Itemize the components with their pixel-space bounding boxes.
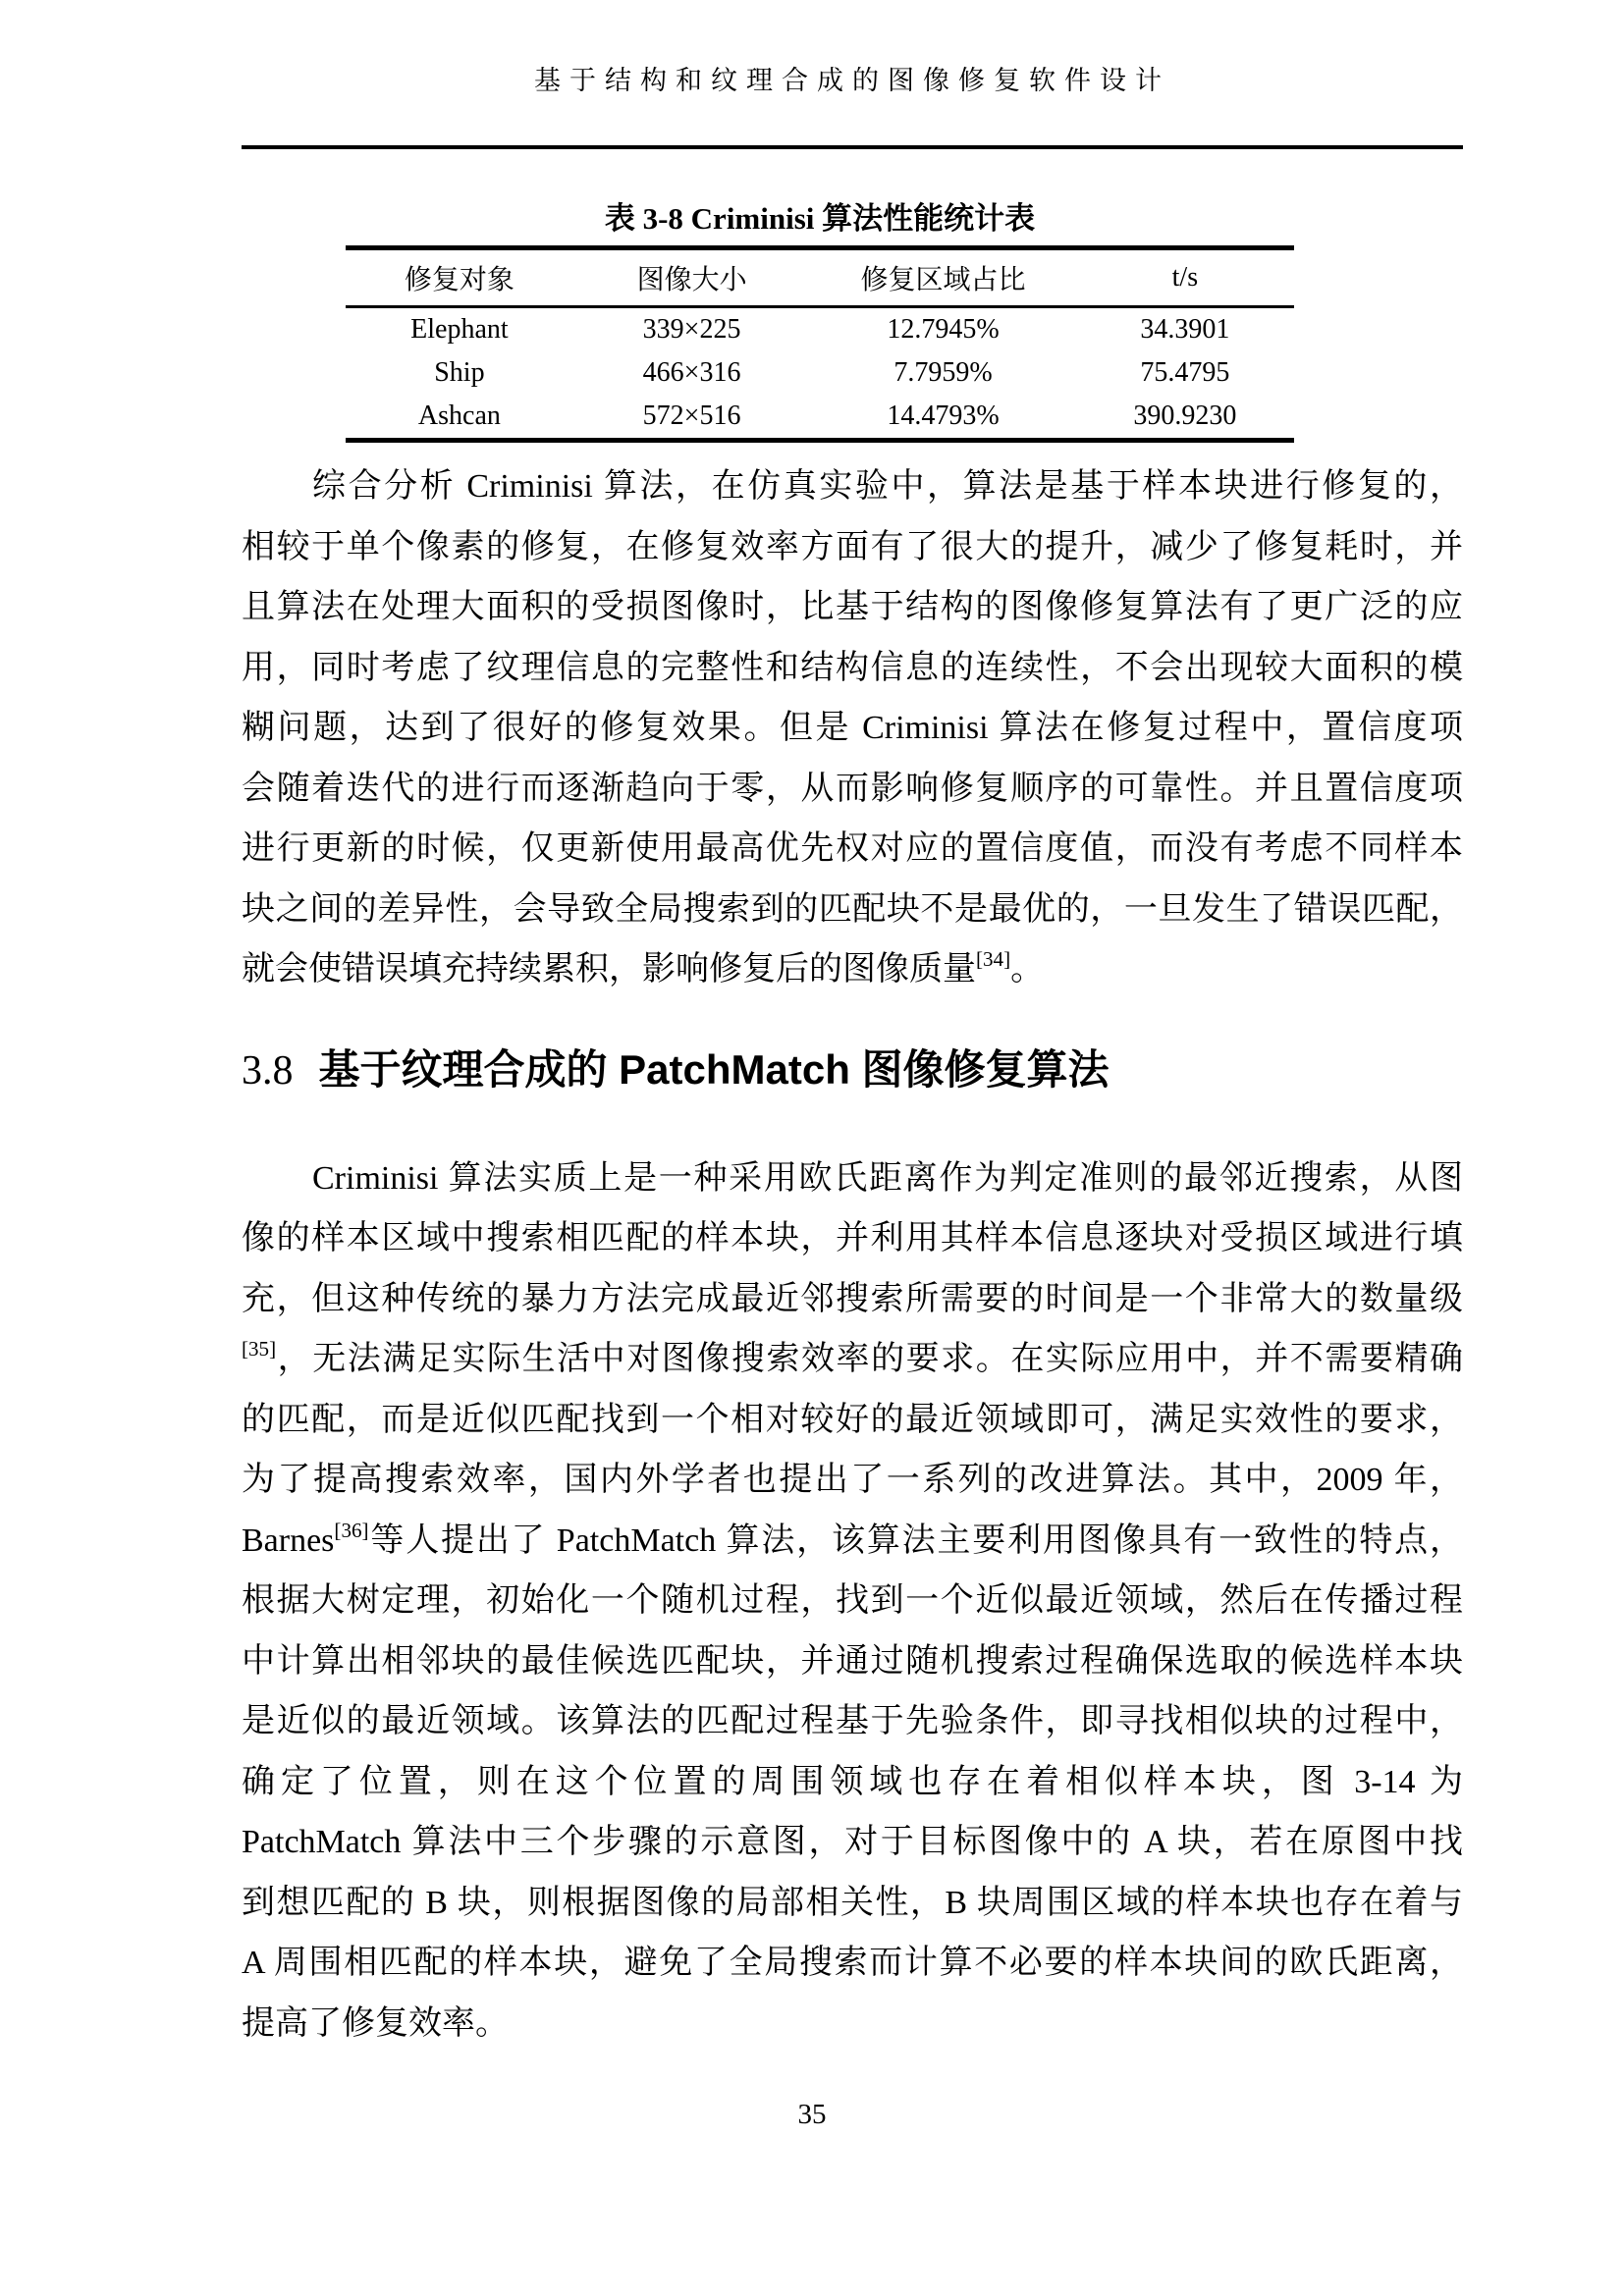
table-cell: 75.4795 (1076, 351, 1294, 395)
table-cell: 14.4793% (810, 395, 1075, 441)
text-line: Criminisi 算法实质上是一种采用欧氏距离作为判定准则的最邻近搜索，从图 (242, 1148, 1463, 1209)
text-line: 提高了修复效率。 (242, 1994, 1463, 2055)
table-row: Elephant 339×225 12.7945% 34.3901 (346, 307, 1294, 352)
text-line: 会随着迭代的进行而逐渐趋向于零，从而影响修复顺序的可靠性。并且置信度项 (242, 759, 1463, 820)
table-cell: 572×516 (573, 395, 811, 441)
text-line: 充，但这种传统的暴力方法完成最近邻搜索所需要的时间是一个非常大的数量级 (242, 1269, 1463, 1330)
table-cell: 7.7959% (810, 351, 1075, 395)
column-header-object: 修复对象 (346, 248, 573, 307)
table-cell: 390.9230 (1076, 395, 1294, 441)
text-line: 综合分析 Criminisi 算法，在仿真实验中，算法是基于样本块进行修复的， (242, 456, 1463, 517)
text-line: A 周围相匹配的样本块，避免了全局搜索而计算不必要的样本块间的欧氏距离， (242, 1933, 1463, 1994)
table-cell: 34.3901 (1076, 307, 1294, 352)
text-line: 进行更新的时候，仅更新使用最高优先权对应的置信度值，而没有考虑不同样本 (242, 819, 1463, 880)
paragraph-criminisi-analysis: 综合分析 Criminisi 算法，在仿真实验中，算法是基于样本块进行修复的，相… (242, 456, 1463, 1000)
section-number: 3.8 (242, 1048, 294, 1094)
text-line: 像的样本区域中搜索相匹配的样本块，并利用其样本信息逐块对受损区域进行填 (242, 1208, 1463, 1269)
column-header-area: 修复区域占比 (810, 248, 1075, 307)
text-line: 的匹配，而是近似匹配找到一个相对较好的最近领域即可，满足实效性的要求， (242, 1390, 1463, 1451)
text-line: 相较于单个像素的修复，在修复效率方面有了很大的提升，减少了修复耗时，并 (242, 517, 1463, 578)
column-header-size: 图像大小 (573, 248, 811, 307)
table-cell: Ship (346, 351, 573, 395)
table-cell: Ashcan (346, 395, 573, 441)
text-line: 块之间的差异性，会导致全局搜索到的匹配块不是最优的，一旦发生了错误匹配， (242, 880, 1463, 940)
text-line: 就会使错误填充持续累积，影响修复后的图像质量[34]。 (242, 939, 1463, 1000)
text-line: 中计算出相邻块的最佳候选匹配块，并通过随机搜索过程确保选取的候选样本块 (242, 1631, 1463, 1692)
text-line: 用，同时考虑了纹理信息的完整性和结构信息的连续性，不会出现较大面积的模 (242, 638, 1463, 699)
table-cell: Elephant (346, 307, 573, 352)
table-cell: 339×225 (573, 307, 811, 352)
text-line: 糊问题，达到了很好的修复效果。但是 Criminisi 算法在修复过程中，置信度… (242, 698, 1463, 759)
text-line: [35]，无法满足实际生活中对图像搜索效率的要求。在实际应用中，并不需要精确 (242, 1329, 1463, 1390)
text-line: 为了提高搜索效率，国内外学者也提出了一系列的改进算法。其中，2009 年， (242, 1450, 1463, 1511)
table-header-row: 修复对象 图像大小 修复区域占比 t/s (346, 248, 1294, 307)
column-header-time: t/s (1076, 248, 1294, 307)
table-cell: 466×316 (573, 351, 811, 395)
running-header-title: 基于结构和纹理合成的图像修复软件设计 (242, 0, 1463, 100)
table-block: 表 3-8 Criminisi 算法性能统计表 修复对象 图像大小 修复区域占比… (346, 198, 1294, 443)
citation-ref: [36] (334, 1519, 368, 1542)
citation-ref: [35] (242, 1337, 276, 1361)
text-line: Barnes[36]等人提出了 PatchMatch 算法，该算法主要利用图像具… (242, 1511, 1463, 1572)
section-title: 基于纹理合成的 PatchMatch 图像修复算法 (319, 1046, 1110, 1093)
citation-ref: [34] (976, 947, 1010, 971)
text-line: 确定了位置，则在这个位置的周围领域也存在着相似样本块，图 3-14 为 (242, 1752, 1463, 1813)
page-number: 35 (0, 2099, 1624, 2131)
page-content: 基于结构和纹理合成的图像修复软件设计 表 3-8 Criminisi 算法性能统… (242, 0, 1463, 2054)
text-line: 是近似的最近领域。该算法的匹配过程基于先验条件，即寻找相似块的过程中， (242, 1691, 1463, 1752)
table-row: Ship 466×316 7.7959% 75.4795 (346, 351, 1294, 395)
table-row: Ashcan 572×516 14.4793% 390.9230 (346, 395, 1294, 441)
paragraph-patchmatch: Criminisi 算法实质上是一种采用欧氏距离作为判定准则的最邻近搜索，从图像… (242, 1148, 1463, 2055)
text-line: 到想匹配的 B 块，则根据图像的局部相关性，B 块周围区域的样本块也存在着与 (242, 1873, 1463, 1934)
text-line: 根据大树定理，初始化一个随机过程，找到一个近似最近领域，然后在传播过程 (242, 1571, 1463, 1631)
table-caption: 表 3-8 Criminisi 算法性能统计表 (346, 198, 1294, 240)
performance-table: 修复对象 图像大小 修复区域占比 t/s Elephant 339×225 12… (346, 245, 1294, 443)
header-rule (242, 145, 1463, 149)
table-cell: 12.7945% (810, 307, 1075, 352)
document-page: 基于结构和纹理合成的图像修复软件设计 表 3-8 Criminisi 算法性能统… (0, 0, 1624, 2296)
section-heading: 3.8基于纹理合成的 PatchMatch 图像修复算法 (242, 1043, 1463, 1097)
text-line: PatchMatch 算法中三个步骤的示意图，对于目标图像中的 A 块，若在原图… (242, 1812, 1463, 1873)
text-line: 且算法在处理大面积的受损图像时，比基于结构的图像修复算法有了更广泛的应 (242, 577, 1463, 638)
